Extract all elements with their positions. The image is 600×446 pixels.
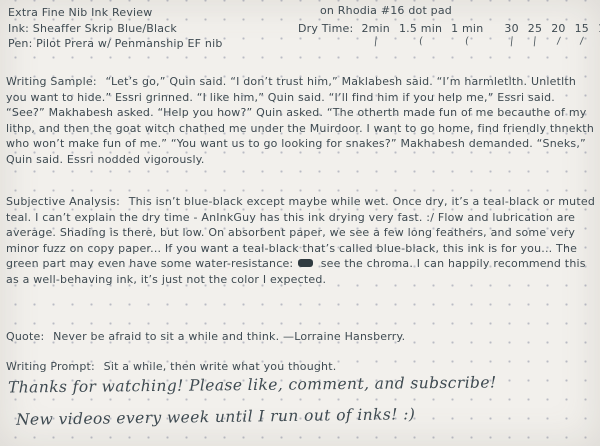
dry-time-value: 20 xyxy=(551,21,565,37)
header-right: on Rhodia #16 dot pad Dry Time: 2min | 1… xyxy=(298,3,596,47)
writing-sample-label: Writing Sample: xyxy=(6,75,97,88)
writing-prompt-line: Writing Prompt: Sit a while, then write … xyxy=(6,359,596,375)
dry-time-sample: 2min | xyxy=(361,21,390,48)
dry-time-sample: 25 | xyxy=(528,21,542,48)
pen-line: Pen: Pilot Prera w/ Penmanship EF nib xyxy=(8,36,223,52)
dry-time-value: 30 xyxy=(504,21,518,37)
dry-time-sample: 1 min ( xyxy=(451,21,483,48)
dry-time-value: 25 xyxy=(528,21,542,37)
dry-time-value: 1.5 min xyxy=(399,21,442,37)
dry-time-test: Dry Time: 2min | 1.5 min ( 1 min ( 30 | … xyxy=(298,21,596,48)
smudge-mark: / xyxy=(556,36,561,47)
notebook-page: Extra Fine Nib Ink Review Ink: Sheaffer … xyxy=(0,0,600,446)
dry-time-label: Dry Time: xyxy=(298,21,353,37)
smudge-mark: / xyxy=(579,36,584,47)
dry-time-sample: 15 / xyxy=(575,21,589,48)
smudge-mark: | xyxy=(373,36,378,47)
closing-thanks-line: Thanks for watching! Please like, commen… xyxy=(8,373,497,396)
writing-sample-paragraph: Writing Sample: “Let’s go,” Quin said. “… xyxy=(6,74,596,167)
dry-time-sample: 1.5 min ( xyxy=(399,21,442,48)
subjective-analysis-paragraph: Subjective Analysis: This isn’t blue-bla… xyxy=(6,194,596,287)
smudge-mark: | xyxy=(509,36,514,47)
writing-sample-text: “Let’s go,” Quin said. “I don’t trust hi… xyxy=(6,75,594,166)
review-title: Extra Fine Nib Ink Review xyxy=(8,5,223,21)
paper-line: on Rhodia #16 dot pad xyxy=(320,3,596,19)
quote-attribution: —Lorraine Hansberry. xyxy=(283,330,405,343)
ink-line: Ink: Sheaffer Skrip Blue/Black xyxy=(8,21,223,37)
scribbled-out-word xyxy=(298,259,313,267)
closing-schedule-line: New videos every week until I run out of… xyxy=(16,405,415,429)
dry-time-value: 15 xyxy=(575,21,589,37)
writing-prompt-label: Writing Prompt: xyxy=(6,360,95,373)
smudge-mark: | xyxy=(533,36,538,47)
quote-line: Quote: Never be afraid to sit a while an… xyxy=(6,329,596,345)
smudge-mark: ( xyxy=(418,36,423,47)
smudge-mark: ( xyxy=(465,36,470,47)
header-left: Extra Fine Nib Ink Review Ink: Sheaffer … xyxy=(8,5,223,52)
writing-prompt-text: Sit a while, then write what you thought… xyxy=(104,360,337,373)
subjective-analysis-label: Subjective Analysis: xyxy=(6,195,120,208)
dry-time-value: 2min xyxy=(361,21,390,37)
dry-time-sample: 30 | xyxy=(504,21,518,48)
quote-label: Quote: xyxy=(6,330,44,343)
dry-time-sample: 20 / xyxy=(551,21,565,48)
dry-time-value: 1 min xyxy=(451,21,483,37)
quote-text: Never be afraid to sit a while and think… xyxy=(53,330,279,343)
